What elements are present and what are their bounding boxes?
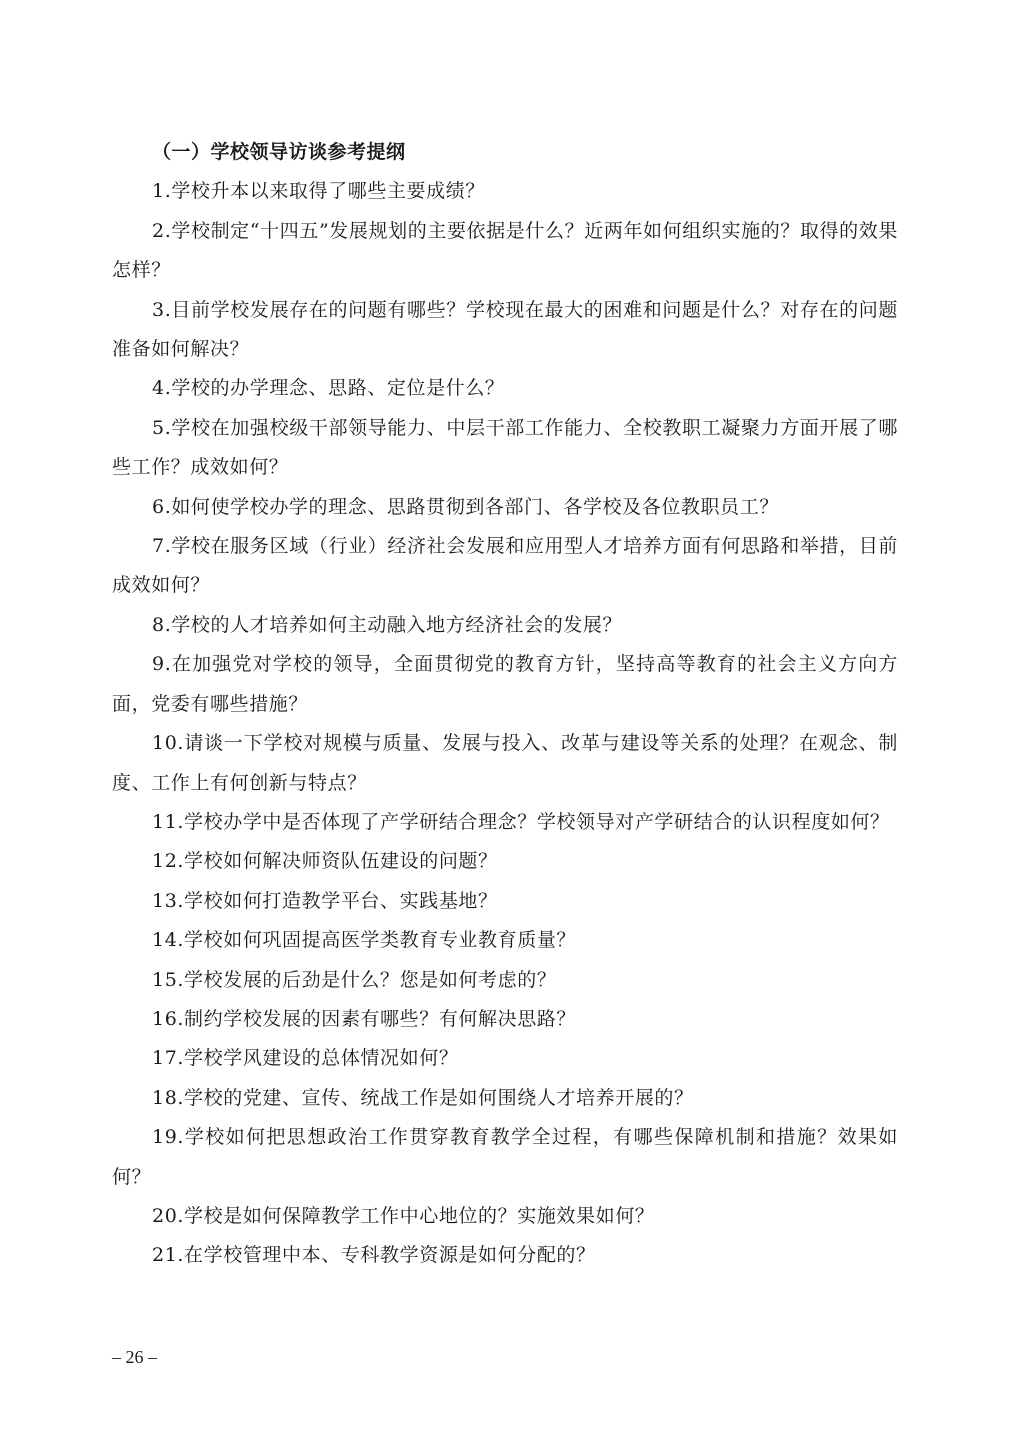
- question-item-8: 8.学校的人才培养如何主动融入地方经济社会的发展？: [112, 606, 898, 645]
- question-item-12: 12.学校如何解决师资队伍建设的问题？: [112, 842, 898, 881]
- question-item-6: 6.如何使学校办学的理念、思路贯彻到各部门、各学校及各位教职员工？: [112, 488, 898, 527]
- question-item-5: 5.学校在加强校级干部领导能力、中层干部工作能力、全校教职工凝聚力方面开展了哪些…: [112, 409, 898, 488]
- section-heading: （一）学校领导访谈参考提纲: [112, 133, 898, 172]
- question-item-17: 17.学校学风建设的总体情况如何？: [112, 1039, 898, 1078]
- question-item-2: 2.学校制定“十四五”发展规划的主要依据是什么？近两年如何组织实施的？取得的效果…: [112, 212, 898, 291]
- question-item-9: 9.在加强党对学校的领导，全面贯彻党的教育方针，坚持高等教育的社会主义方向方面，…: [112, 645, 898, 724]
- question-item-13: 13.学校如何打造教学平台、实践基地？: [112, 882, 898, 921]
- question-item-1: 1.学校升本以来取得了哪些主要成绩？: [112, 172, 898, 211]
- question-item-7: 7.学校在服务区域（行业）经济社会发展和应用型人才培养方面有何思路和举措，目前成…: [112, 527, 898, 606]
- question-item-19: 19.学校如何把思想政治工作贯穿教育教学全过程，有哪些保障机制和措施？效果如何？: [112, 1118, 898, 1197]
- question-item-14: 14.学校如何巩固提高医学类教育专业教育质量？: [112, 921, 898, 960]
- question-item-18: 18.学校的党建、宣传、统战工作是如何围绕人才培养开展的？: [112, 1079, 898, 1118]
- question-item-3: 3.目前学校发展存在的问题有哪些？学校现在最大的困难和问题是什么？对存在的问题准…: [112, 291, 898, 370]
- page-number: – 26 –: [112, 1347, 157, 1368]
- question-item-11: 11.学校办学中是否体现了产学研结合理念？学校领导对产学研结合的认识程度如何？: [112, 803, 898, 842]
- question-item-10: 10.请谈一下学校对规模与质量、发展与投入、改革与建设等关系的处理？在观念、制度…: [112, 724, 898, 803]
- question-item-20: 20.学校是如何保障教学工作中心地位的？实施效果如何？: [112, 1197, 898, 1236]
- question-item-21: 21.在学校管理中本、专科教学资源是如何分配的？: [112, 1236, 898, 1275]
- document-page: （一）学校领导访谈参考提纲 1.学校升本以来取得了哪些主要成绩？ 2.学校制定“…: [112, 133, 898, 1276]
- question-item-15: 15.学校发展的后劲是什么？您是如何考虑的？: [112, 961, 898, 1000]
- question-item-4: 4.学校的办学理念、思路、定位是什么？: [112, 369, 898, 408]
- question-item-16: 16.制约学校发展的因素有哪些？有何解决思路？: [112, 1000, 898, 1039]
